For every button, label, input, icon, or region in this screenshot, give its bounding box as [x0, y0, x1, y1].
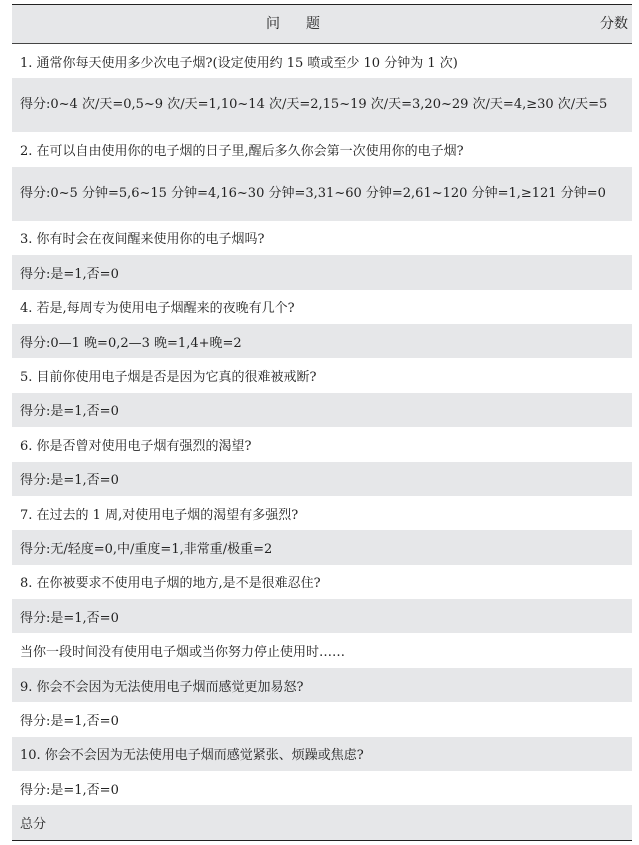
score-text: 得分:0—1 晚=0,2—3 晚=1,4+晚=2 — [20, 332, 242, 351]
question-row-7: 7. 在过去的 1 周,对使用电子烟的渴望有多强烈? — [12, 496, 632, 530]
question-text: 2. 在可以自由使用你的电子烟的日子里,醒后多久你会第一次使用你的电子烟? — [20, 140, 464, 159]
score-text: 得分:是=1,否=0 — [20, 400, 119, 419]
question-row-5: 5. 目前你使用电子烟是否是因为它真的很难被戒断? — [12, 358, 632, 392]
score-row-8: 得分:是=1,否=0 — [12, 599, 632, 633]
score-text: 得分:是=1,否=0 — [20, 469, 119, 488]
score-row-2: 得分:0~5 分钟=5,6~15 分钟=4,16~30 分钟=3,31~60 分… — [12, 167, 632, 221]
score-row-1: 得分:0~4 次/天=0,5~9 次/天=1,10~14 次/天=2,15~19… — [12, 78, 632, 132]
score-text: 得分:无/轻度=0,中/重度=1,非常重/极重=2 — [20, 538, 272, 557]
question-row-1: 1. 通常你每天使用多少次电子烟?(设定使用约 15 喷或至少 10 分钟为 1… — [12, 44, 632, 78]
question-row-8: 8. 在你被要求不使用电子烟的地方,是不是很难忍住? — [12, 565, 632, 599]
score-row-3: 得分:是=1,否=0 — [12, 255, 632, 289]
question-text: 1. 通常你每天使用多少次电子烟?(设定使用约 15 喷或至少 10 分钟为 1… — [20, 52, 458, 71]
score-row-9: 得分:是=1,否=0 — [12, 702, 632, 736]
score-row-10: 得分:是=1,否=0 — [12, 771, 632, 805]
question-row-10: 10. 你会不会因为无法使用电子烟而感觉紧张、烦躁或焦虑? — [12, 737, 632, 771]
score-row-6: 得分:是=1,否=0 — [12, 462, 632, 496]
total-label: 总分 — [20, 813, 46, 832]
score-text: 得分:是=1,否=0 — [20, 607, 119, 626]
total-row: 总分 — [12, 805, 632, 839]
score-text: 得分:是=1,否=0 — [20, 779, 119, 798]
header-score: 分数 — [600, 5, 628, 43]
question-row-4: 4. 若是,每周专为使用电子烟醒来的夜晚有几个? — [12, 290, 632, 324]
table-header: 问题 分数 — [12, 5, 632, 44]
section-heading-row: 当你一段时间没有使用电子烟或当你努力停止使用时…… — [12, 633, 632, 667]
score-text: 得分:0~5 分钟=5,6~15 分钟=4,16~30 分钟=3,31~60 分… — [20, 184, 606, 204]
header-question: 问题 — [12, 5, 572, 43]
question-row-2: 2. 在可以自由使用你的电子烟的日子里,醒后多久你会第一次使用你的电子烟? — [12, 132, 632, 166]
question-text: 9. 你会不会因为无法使用电子烟而感觉更加易怒? — [20, 676, 304, 695]
score-text: 得分:0~4 次/天=0,5~9 次/天=1,10~14 次/天=2,15~19… — [20, 95, 607, 115]
score-text: 得分:是=1,否=0 — [20, 710, 119, 729]
question-text: 4. 若是,每周专为使用电子烟醒来的夜晚有几个? — [20, 297, 295, 316]
question-text: 10. 你会不会因为无法使用电子烟而感觉紧张、烦躁或焦虑? — [20, 744, 364, 763]
question-row-6: 6. 你是否曾对使用电子烟有强烈的渴望? — [12, 427, 632, 461]
section-text: 当你一段时间没有使用电子烟或当你努力停止使用时…… — [20, 641, 345, 660]
question-text: 6. 你是否曾对使用电子烟有强烈的渴望? — [20, 435, 252, 454]
question-text: 3. 你有时会在夜间醒来使用你的电子烟吗? — [20, 228, 265, 247]
dependence-questionnaire-table: 问题 分数 1. 通常你每天使用多少次电子烟?(设定使用约 15 喷或至少 10… — [12, 4, 632, 841]
score-row-5: 得分:是=1,否=0 — [12, 393, 632, 427]
question-text: 5. 目前你使用电子烟是否是因为它真的很难被戒断? — [20, 366, 317, 385]
score-row-4: 得分:0—1 晚=0,2—3 晚=1,4+晚=2 — [12, 324, 632, 358]
question-row-3: 3. 你有时会在夜间醒来使用你的电子烟吗? — [12, 221, 632, 255]
question-text: 7. 在过去的 1 周,对使用电子烟的渴望有多强烈? — [20, 504, 298, 523]
score-row-7: 得分:无/轻度=0,中/重度=1,非常重/极重=2 — [12, 530, 632, 564]
question-row-9: 9. 你会不会因为无法使用电子烟而感觉更加易怒? — [12, 668, 632, 702]
score-text: 得分:是=1,否=0 — [20, 263, 119, 282]
question-text: 8. 在你被要求不使用电子烟的地方,是不是很难忍住? — [20, 572, 321, 591]
